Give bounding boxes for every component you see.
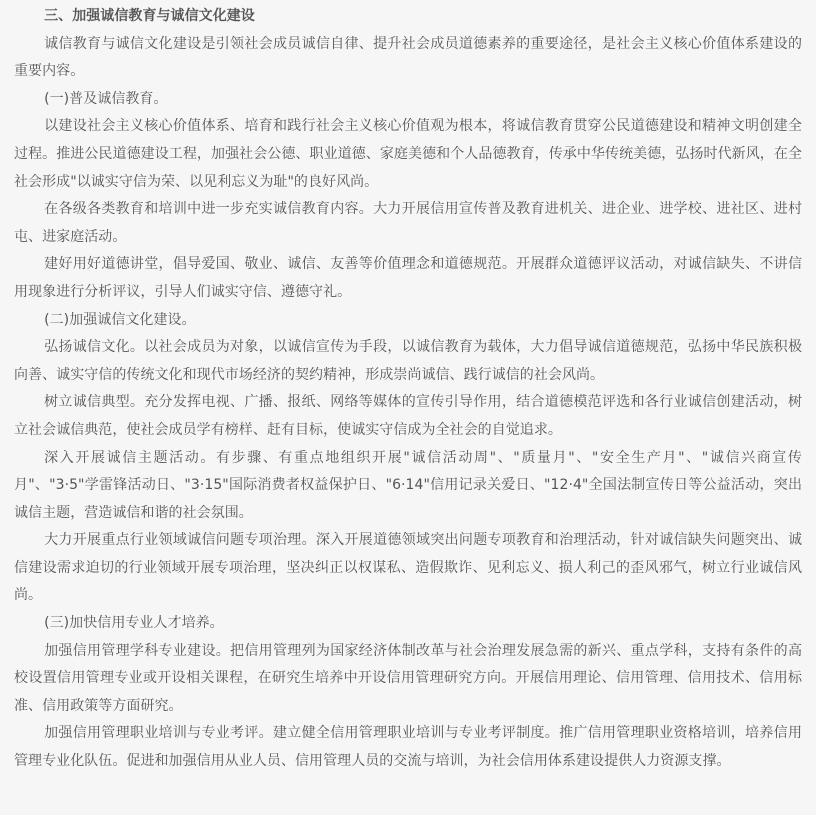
subheading-talent-training: (三)加快信用专业人才培养。 (14, 610, 802, 638)
subheading-popularize-education: (一)普及诚信教育。 (14, 86, 802, 114)
paragraph: 建好用好道德讲堂，倡导爱国、敬业、诚信、友善等价值理念和道德规范。开展群众道德评… (14, 251, 802, 306)
subheading-culture-building: (二)加强诚信文化建设。 (14, 307, 802, 335)
paragraph: 以建设社会主义核心价值体系、培育和践行社会主义核心价值观为根本，将诚信教育贯穿公… (14, 113, 802, 196)
article-body: 三、加强诚信教育与诚信文化建设 诚信教育与诚信文化建设是引领社会成员诚信自律、提… (0, 0, 816, 776)
paragraph: 在各级各类教育和培训中进一步充实诚信教育内容。大力开展信用宣传普及教育进机关、进… (14, 196, 802, 251)
paragraph: 深入开展诚信主题活动。有步骤、有重点地组织开展"诚信活动周"、"质量月"、"安全… (14, 445, 802, 528)
section-heading: 三、加强诚信教育与诚信文化建设 (14, 3, 802, 31)
paragraph: 加强信用管理职业培训与专业考评。建立健全信用管理职业培训与专业考评制度。推广信用… (14, 720, 802, 775)
paragraph: 大力开展重点行业领域诚信问题专项治理。深入开展道德领域突出问题专项教育和治理活动… (14, 527, 802, 610)
paragraph: 加强信用管理学科专业建设。把信用管理列为国家经济体制改革与社会治理发展急需的新兴… (14, 638, 802, 721)
paragraph: 弘扬诚信文化。以社会成员为对象，以诚信宣传为手段，以诚信教育为载体，大力倡导诚信… (14, 334, 802, 389)
paragraph-intro: 诚信教育与诚信文化建设是引领社会成员诚信自律、提升社会成员道德素养的重要途径，是… (14, 31, 802, 86)
paragraph: 树立诚信典型。充分发挥电视、广播、报纸、网络等媒体的宣传引导作用，结合道德模范评… (14, 389, 802, 444)
